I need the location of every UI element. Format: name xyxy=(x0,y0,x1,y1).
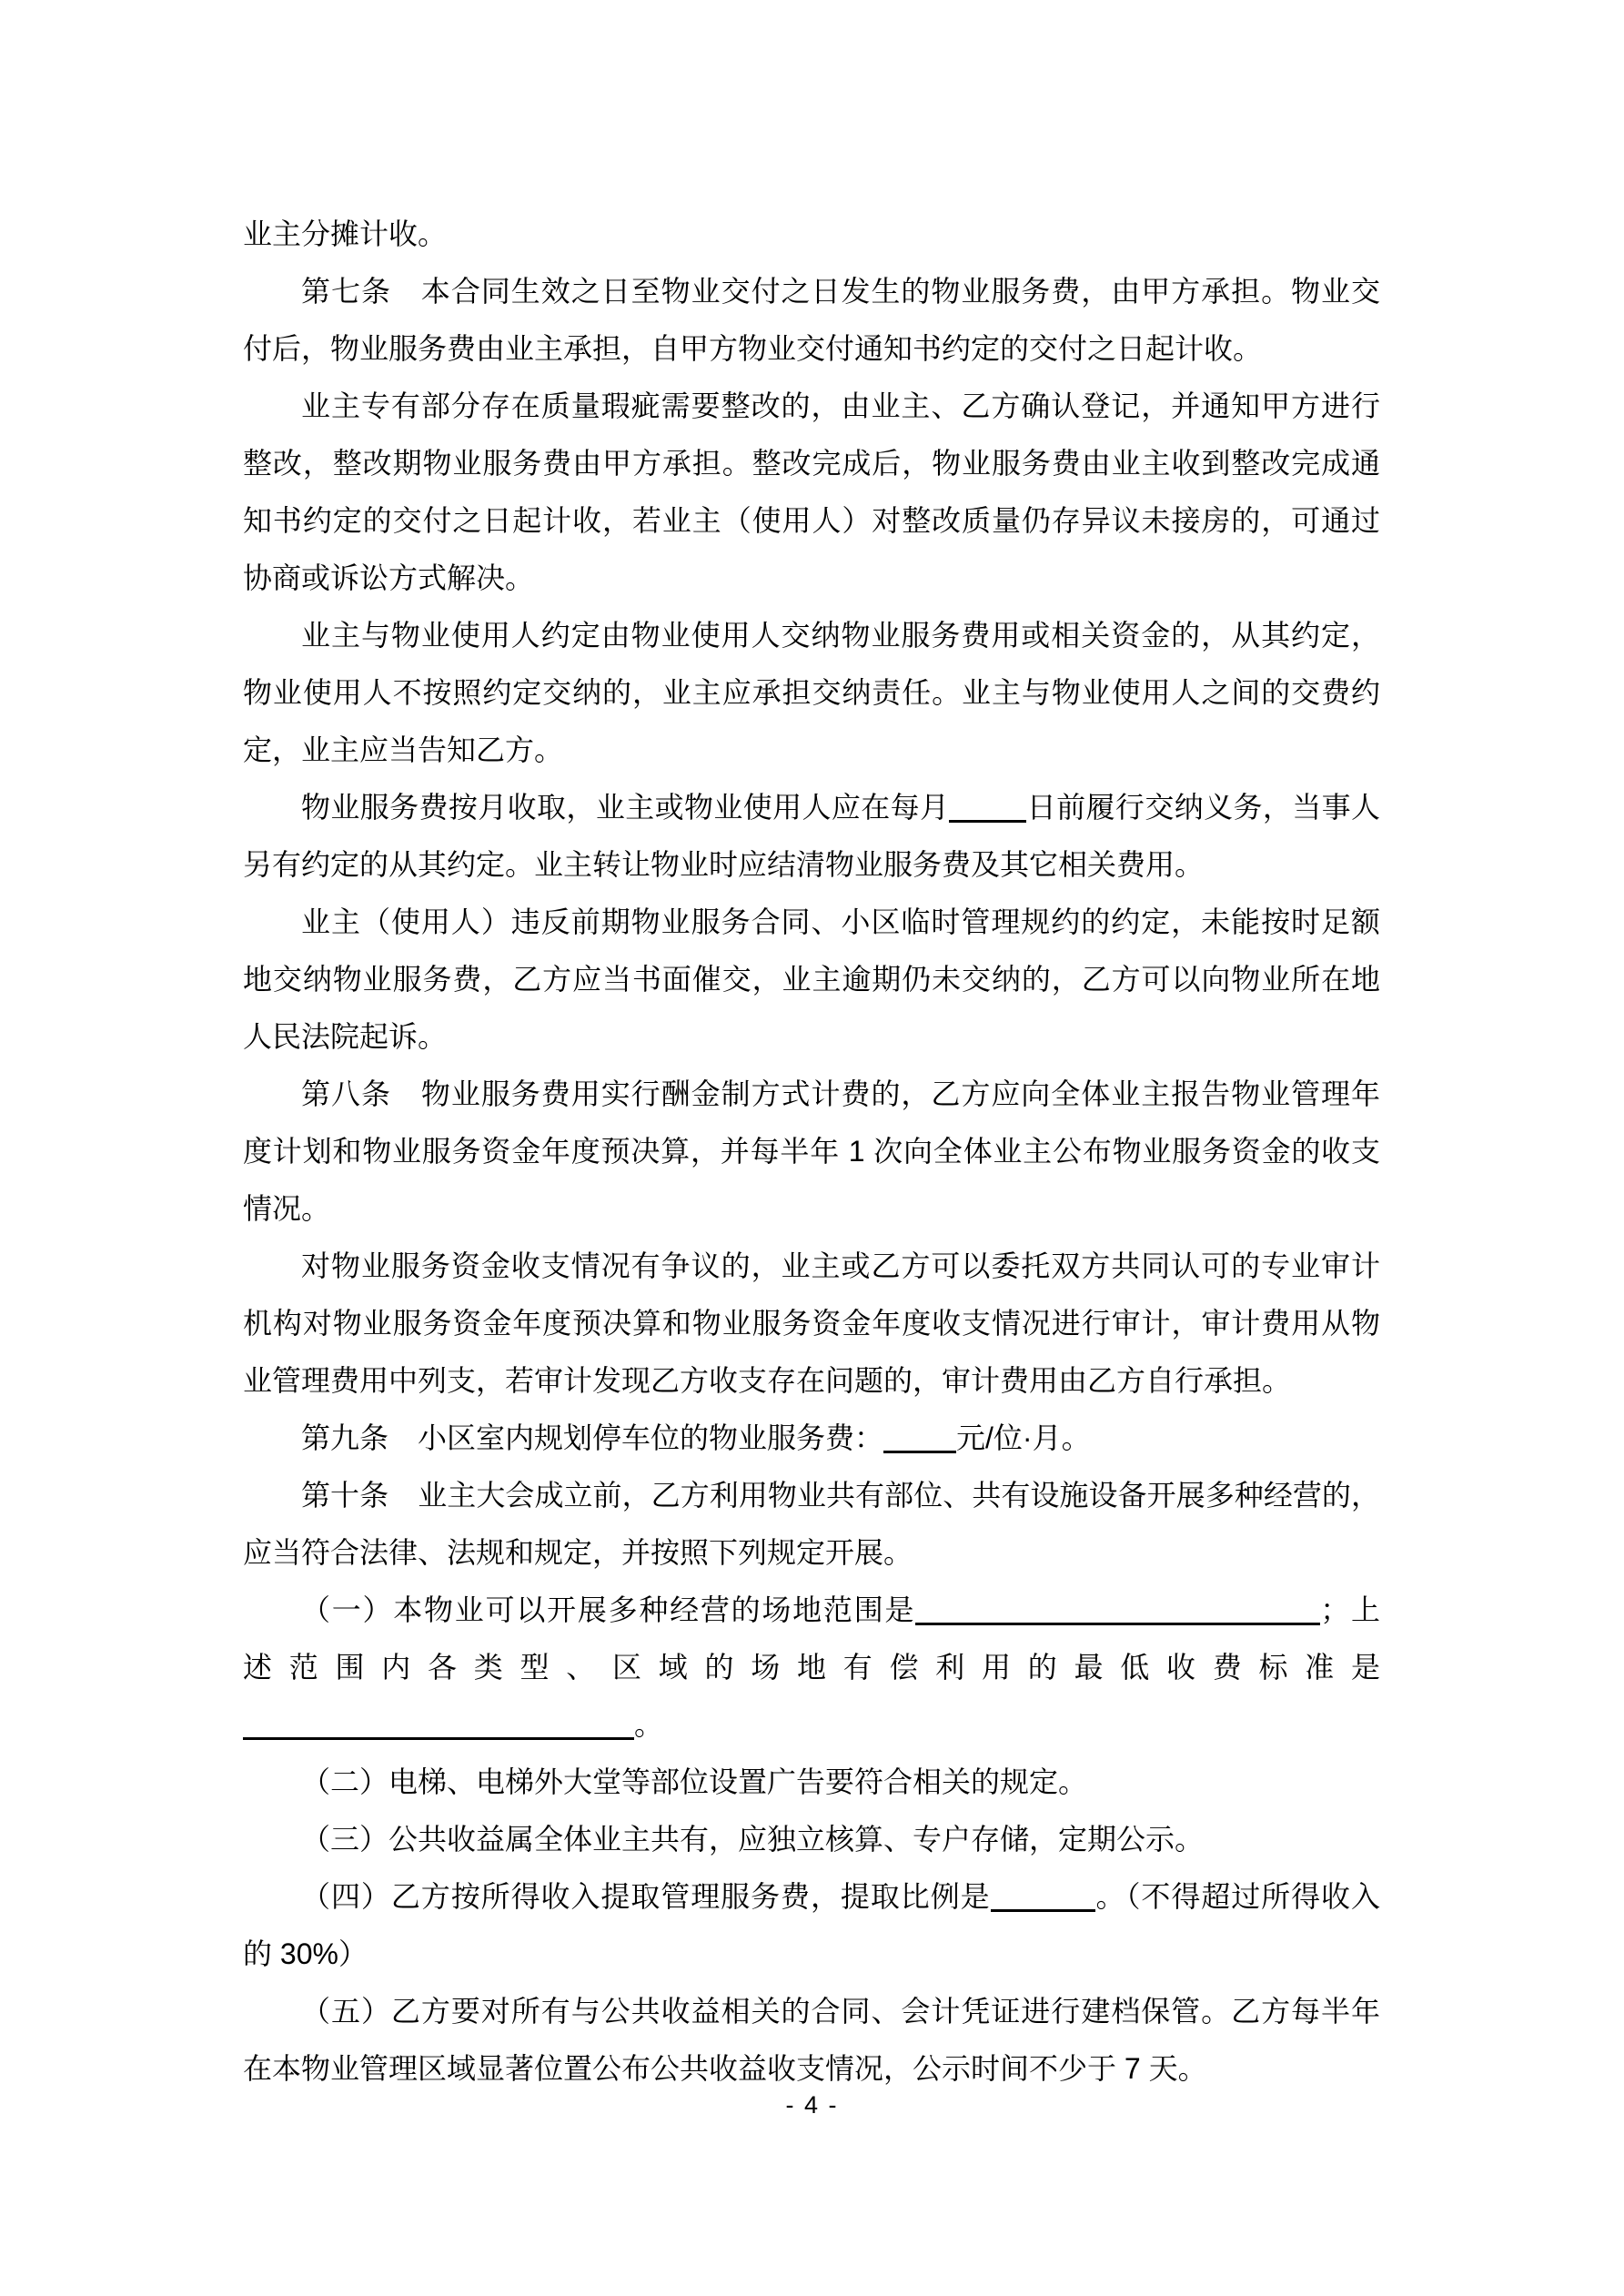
text-run: 情况。 xyxy=(243,1192,330,1225)
text-run: （三）公共收益属全体业主共有，应独立核算、专户存储，定期公示。 xyxy=(301,1823,1204,1856)
text-line: （五）乙方要对所有与公共收益相关的合同、会计凭证进行建档保管。乙方每半年 xyxy=(243,1983,1380,2040)
text-run: 业管理费用中列支，若审计发现乙方收支存在问题的，审计费用由乙方自行承担。 xyxy=(243,1364,1291,1397)
text-line: 第八条 物业服务费用实行酬金制方式计费的，乙方应向全体业主报告物业管理年 xyxy=(243,1066,1380,1123)
text-line: （四）乙方按所得收入提取管理服务费，提取比例是。（不得超过所得收入 xyxy=(243,1868,1380,1926)
text-run: 另有约定的从其约定。业主转让物业时应结清物业服务费及其它相关费用。 xyxy=(243,848,1204,881)
text-run: （二）电梯、电梯外大堂等部位设置广告要符合相关的规定。 xyxy=(301,1765,1087,1798)
text-run: 的 30%） xyxy=(243,1937,368,1970)
text-line: 人民法院起诉。 xyxy=(243,1008,1380,1066)
text-line: 付后，物业服务费由业主承担，自甲方物业交付通知书约定的交付之日起计收。 xyxy=(243,320,1380,378)
text-line: 物业使用人不按照约定交纳的，业主应承担交纳责任。业主与物业使用人之间的交费约 xyxy=(243,664,1380,722)
text-run: ；上 xyxy=(1320,1593,1380,1626)
text-run: 业主分摊计收。 xyxy=(243,217,447,250)
text-run: 应当符合法律、法规和规定，并按照下列规定开展。 xyxy=(243,1536,913,1569)
text-run: 日前履行交纳义务，当事人 xyxy=(1026,791,1380,824)
text-line: 业主与物业使用人约定由物业使用人交纳物业服务费用或相关资金的，从其约定， xyxy=(243,607,1380,664)
text-run: （一）本物业可以开展多种经营的场地范围是 xyxy=(301,1593,915,1626)
text-line: 应当符合法律、法规和规定，并按照下列规定开展。 xyxy=(243,1524,1380,1582)
text-run: （四）乙方按所得收入提取管理服务费，提取比例是 xyxy=(301,1880,991,1913)
text-run: 。（不得超过所得收入 xyxy=(1095,1880,1380,1913)
text-line: 协商或诉讼方式解决。 xyxy=(243,550,1380,607)
text-line: 机构对物业服务资金年度预决算和物业服务资金年度收支情况进行审计，审计费用从物 xyxy=(243,1295,1380,1352)
text-line: （三）公共收益属全体业主共有，应独立核算、专户存储，定期公示。 xyxy=(243,1811,1380,1868)
document-body: 业主分摊计收。第七条 本合同生效之日至物业交付之日发生的物业服务费，由甲方承担。… xyxy=(243,206,1380,2098)
text-run: 知书约定的交付之日起计收，若业主（使用人）对整改质量仍存异议未接房的，可通过 xyxy=(243,504,1380,537)
text-run: 第七条 本合同生效之日至物业交付之日发生的物业服务费，由甲方承担。物业交 xyxy=(301,275,1380,308)
text-line: 物业服务费按月收取，业主或物业使用人应在每月日前履行交纳义务，当事人 xyxy=(243,779,1380,836)
text-run: 在本物业管理区域显著位置公布公共收益收支情况，公示时间不少于 7 天。 xyxy=(243,2052,1207,2085)
text-line: 情况。 xyxy=(243,1180,1380,1238)
text-line: （二）电梯、电梯外大堂等部位设置广告要符合相关的规定。 xyxy=(243,1754,1380,1811)
text-run: 定，业主应当告知乙方。 xyxy=(243,733,563,766)
text-run: 业主与物业使用人约定由物业使用人交纳物业服务费用或相关资金的，从其约定， xyxy=(301,619,1380,652)
text-run: 对物业服务资金收支情况有争议的，业主或乙方可以委托双方共同认可的专业审计 xyxy=(301,1249,1380,1282)
text-line: （一）本物业可以开展多种经营的场地范围是；上 xyxy=(243,1582,1380,1639)
text-run: 。 xyxy=(634,1708,663,1741)
text-line: 业主（使用人）违反前期物业服务合同、小区临时管理规约的约定，未能按时足额 xyxy=(243,894,1380,951)
text-run: 业主（使用人）违反前期物业服务合同、小区临时管理规约的约定，未能按时足额 xyxy=(301,905,1380,938)
text-run: 述范围内各类型、区域的场地有偿利用的最低收费标准是 xyxy=(243,1651,1380,1684)
fill-in-blank-underline xyxy=(915,1615,1320,1625)
fill-in-blank-underline xyxy=(991,1902,1095,1912)
text-run: 第八条 物业服务费用实行酬金制方式计费的，乙方应向全体业主报告物业管理年 xyxy=(301,1077,1380,1110)
text-line: 的 30%） xyxy=(243,1926,1380,1983)
text-run: 第十条 业主大会成立前，乙方利用物业共有部位、共有设施设备开展多种经营的， xyxy=(301,1479,1380,1512)
text-line: 第七条 本合同生效之日至物业交付之日发生的物业服务费，由甲方承担。物业交 xyxy=(243,263,1380,320)
text-line: 地交纳物业服务费，乙方应当书面催交，业主逾期仍未交纳的，乙方可以向物业所在地 xyxy=(243,951,1380,1008)
text-line: 第九条 小区室内规划停车位的物业服务费：元/位·月。 xyxy=(243,1410,1380,1467)
fill-in-blank-underline xyxy=(949,813,1026,823)
contract-page: 业主分摊计收。第七条 本合同生效之日至物业交付之日发生的物业服务费，由甲方承担。… xyxy=(0,0,1624,2296)
text-run: 整改，整改期物业服务费由甲方承担。整改完成后，物业服务费由业主收到整改完成通 xyxy=(243,447,1380,480)
fill-in-blank-underline xyxy=(883,1443,956,1453)
fill-in-blank-underline xyxy=(243,1730,634,1740)
text-line: 在本物业管理区域显著位置公布公共收益收支情况，公示时间不少于 7 天。 xyxy=(243,2040,1380,2098)
text-line: 第十条 业主大会成立前，乙方利用物业共有部位、共有设施设备开展多种经营的， xyxy=(243,1467,1380,1524)
text-line: 知书约定的交付之日起计收，若业主（使用人）对整改质量仍存异议未接房的，可通过 xyxy=(243,492,1380,550)
text-line: 业主分摊计收。 xyxy=(243,206,1380,263)
text-line: 定，业主应当告知乙方。 xyxy=(243,722,1380,779)
text-line: 整改，整改期物业服务费由甲方承担。整改完成后，物业服务费由业主收到整改完成通 xyxy=(243,435,1380,492)
text-line: 述范围内各类型、区域的场地有偿利用的最低收费标准是 xyxy=(243,1639,1380,1696)
text-line: 。 xyxy=(243,1696,1380,1754)
text-run: 地交纳物业服务费，乙方应当书面催交，业主逾期仍未交纳的，乙方可以向物业所在地 xyxy=(243,963,1380,996)
text-run: 元/位·月。 xyxy=(956,1421,1091,1454)
text-run: 第九条 小区室内规划停车位的物业服务费： xyxy=(301,1421,883,1454)
text-line: 对物业服务资金收支情况有争议的，业主或乙方可以委托双方共同认可的专业审计 xyxy=(243,1238,1380,1295)
text-run: 度计划和物业服务资金年度预决算，并每半年 1 次向全体业主公布物业服务资金的收支 xyxy=(243,1135,1380,1168)
text-run: 物业使用人不按照约定交纳的，业主应承担交纳责任。业主与物业使用人之间的交费约 xyxy=(243,676,1380,709)
text-run: （五）乙方要对所有与公共收益相关的合同、会计凭证进行建档保管。乙方每半年 xyxy=(301,1995,1380,2028)
text-line: 业主专有部分存在质量瑕疵需要整改的，由业主、乙方确认登记，并通知甲方进行 xyxy=(243,378,1380,435)
text-run: 协商或诉讼方式解决。 xyxy=(243,561,534,594)
text-run: 付后，物业服务费由业主承担，自甲方物业交付通知书约定的交付之日起计收。 xyxy=(243,332,1262,365)
text-line: 另有约定的从其约定。业主转让物业时应结清物业服务费及其它相关费用。 xyxy=(243,836,1380,894)
text-run: 物业服务费按月收取，业主或物业使用人应在每月 xyxy=(301,791,949,824)
page-number: - 4 - xyxy=(0,2091,1624,2119)
text-line: 度计划和物业服务资金年度预决算，并每半年 1 次向全体业主公布物业服务资金的收支 xyxy=(243,1123,1380,1180)
text-run: 业主专有部分存在质量瑕疵需要整改的，由业主、乙方确认登记，并通知甲方进行 xyxy=(301,389,1380,422)
text-line: 业管理费用中列支，若审计发现乙方收支存在问题的，审计费用由乙方自行承担。 xyxy=(243,1352,1380,1410)
text-run: 人民法院起诉。 xyxy=(243,1020,447,1053)
text-run: 机构对物业服务资金年度预决算和物业服务资金年度收支情况进行审计，审计费用从物 xyxy=(243,1307,1380,1340)
